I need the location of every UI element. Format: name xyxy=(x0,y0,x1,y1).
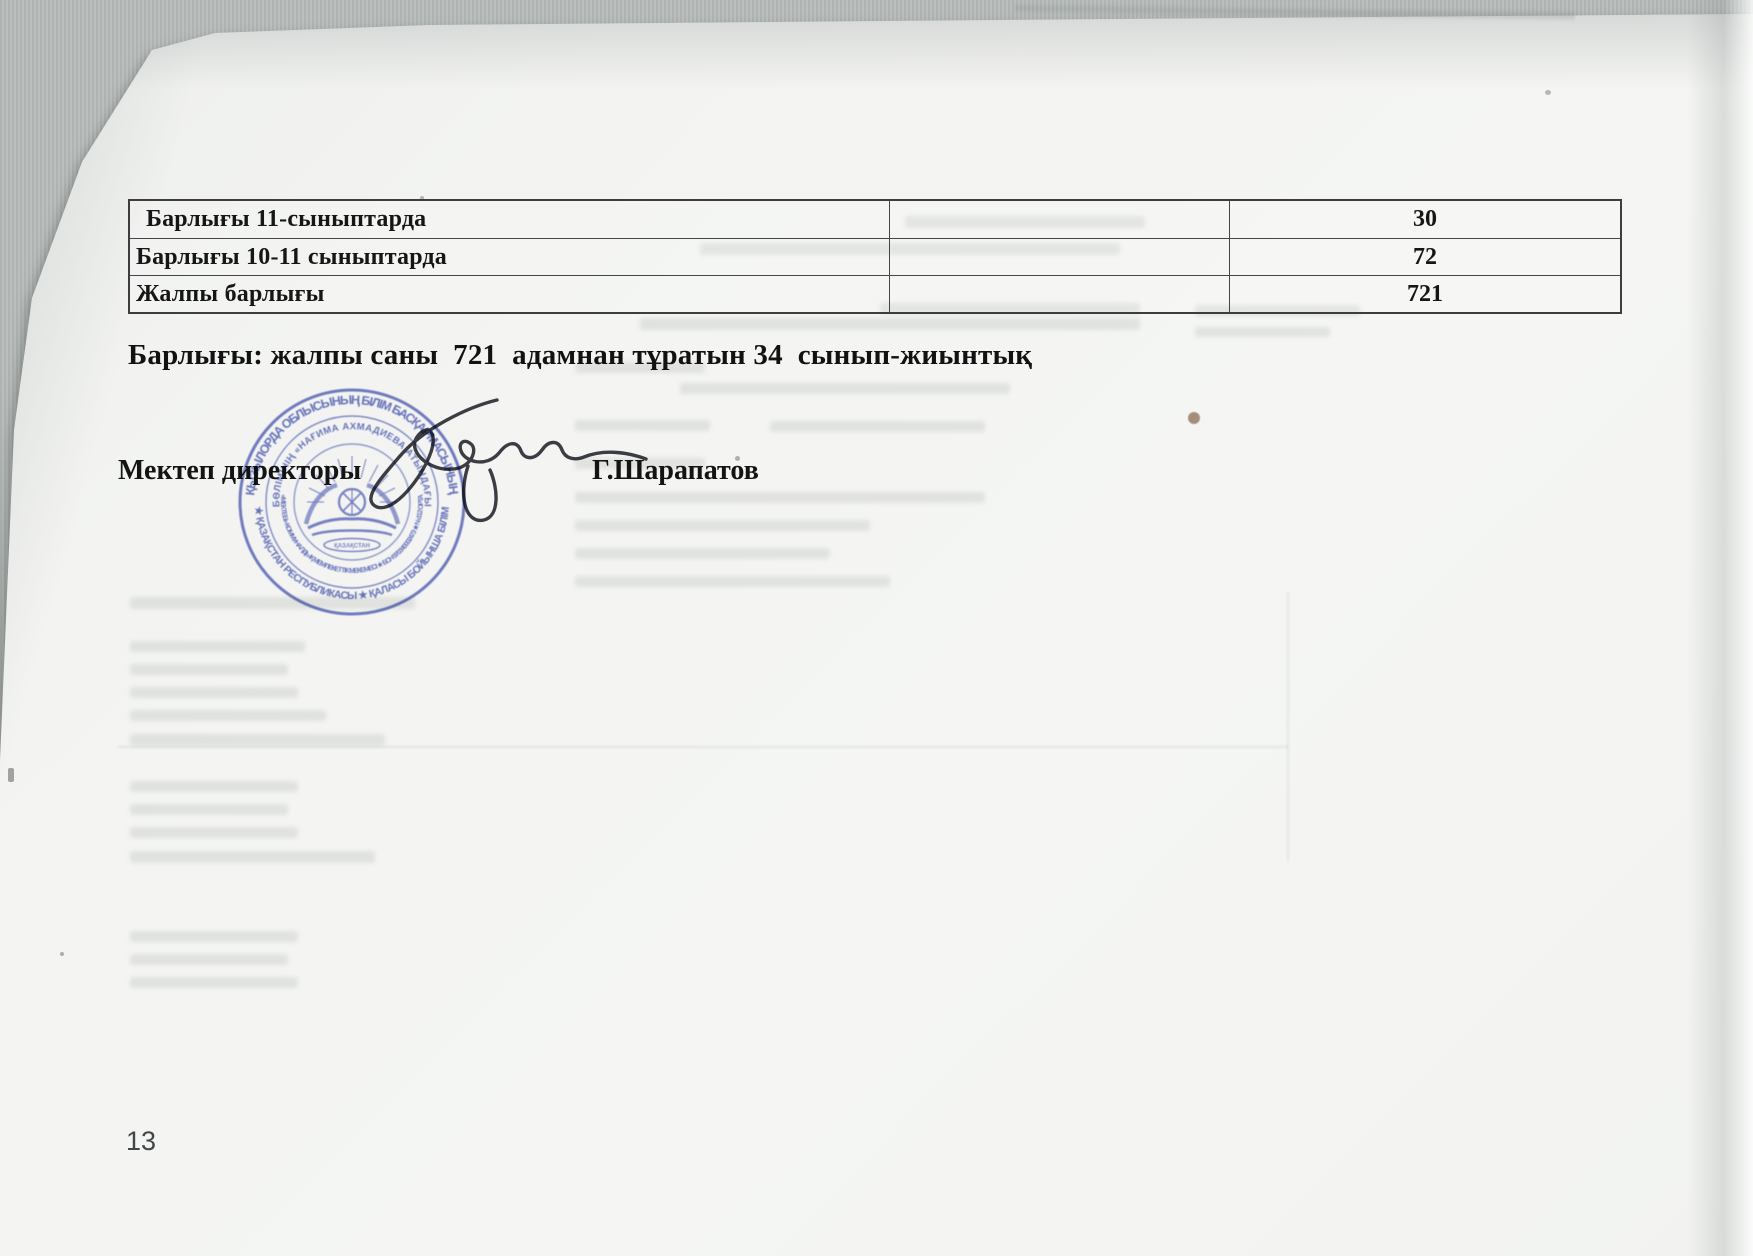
bleedthrough-smudge xyxy=(770,421,985,432)
bleedthrough-smudge xyxy=(130,851,375,863)
bleedthrough-smudge xyxy=(575,548,830,559)
scan-speck xyxy=(60,952,64,956)
row-value-cell: 30 xyxy=(1230,201,1620,238)
bleedthrough-smudge xyxy=(130,664,288,675)
table-row: Жалпы барлығы 721 xyxy=(130,275,1620,312)
row-value-cell: 721 xyxy=(1230,276,1620,312)
bleedthrough-smudge xyxy=(1195,327,1330,337)
totals-table: Барлығы 11-сыныптарда 30 Барлығы 10-11 с… xyxy=(128,199,1622,314)
paper-sheet xyxy=(0,0,1753,1256)
bleedthrough-smudge xyxy=(130,710,326,721)
bleedthrough-smudge xyxy=(130,781,298,792)
row-label-cell: Жалпы барлығы xyxy=(130,276,890,312)
bleedthrough-smudge xyxy=(130,804,288,815)
scanned-page: Барлығы 11-сыныптарда 30 Барлығы 10-11 с… xyxy=(0,0,1753,1256)
bleedthrough-smudge xyxy=(640,318,1140,330)
row-value-cell: 72 xyxy=(1230,239,1620,275)
row-label-cell: Барлығы 10-11 сыныптарда xyxy=(130,239,890,275)
scan-speck xyxy=(1188,412,1200,424)
bleedthrough-smudge xyxy=(130,827,298,838)
table-row: Барлығы 11-сыныптарда 30 xyxy=(130,201,1620,238)
empty-cell xyxy=(890,201,1230,238)
bleedthrough-smudge xyxy=(130,977,298,988)
bleedthrough-smudge xyxy=(130,734,385,746)
bleedthrough-smudge xyxy=(575,576,890,587)
empty-cell xyxy=(890,276,1230,312)
empty-cell xyxy=(890,239,1230,275)
summary-line: Барлығы: жалпы саны 721 адамнан тұратын … xyxy=(128,339,1032,372)
bleedthrough-rule xyxy=(1287,592,1289,860)
table-row: Барлығы 10-11 сыныптарда 72 xyxy=(130,238,1620,275)
scan-speck xyxy=(1545,90,1551,95)
bleedthrough-smudge xyxy=(130,954,288,965)
paper-right-edge xyxy=(1687,0,1753,1256)
page-number: 13 xyxy=(126,1126,156,1157)
bleedthrough-rule xyxy=(118,746,1288,748)
bleedthrough-smudge xyxy=(130,687,298,698)
row-label-cell: Барлығы 11-сыныптарда xyxy=(130,201,890,238)
scan-speck xyxy=(8,768,14,782)
bleedthrough-smudge xyxy=(680,383,1010,394)
bleedthrough-smudge xyxy=(130,931,298,942)
bleedthrough-smudge xyxy=(130,641,305,652)
paper-shadow xyxy=(0,0,1753,1256)
signature-ink xyxy=(290,385,710,535)
emblem-banner-text: ҚАЗАҚСТАН xyxy=(334,544,370,550)
